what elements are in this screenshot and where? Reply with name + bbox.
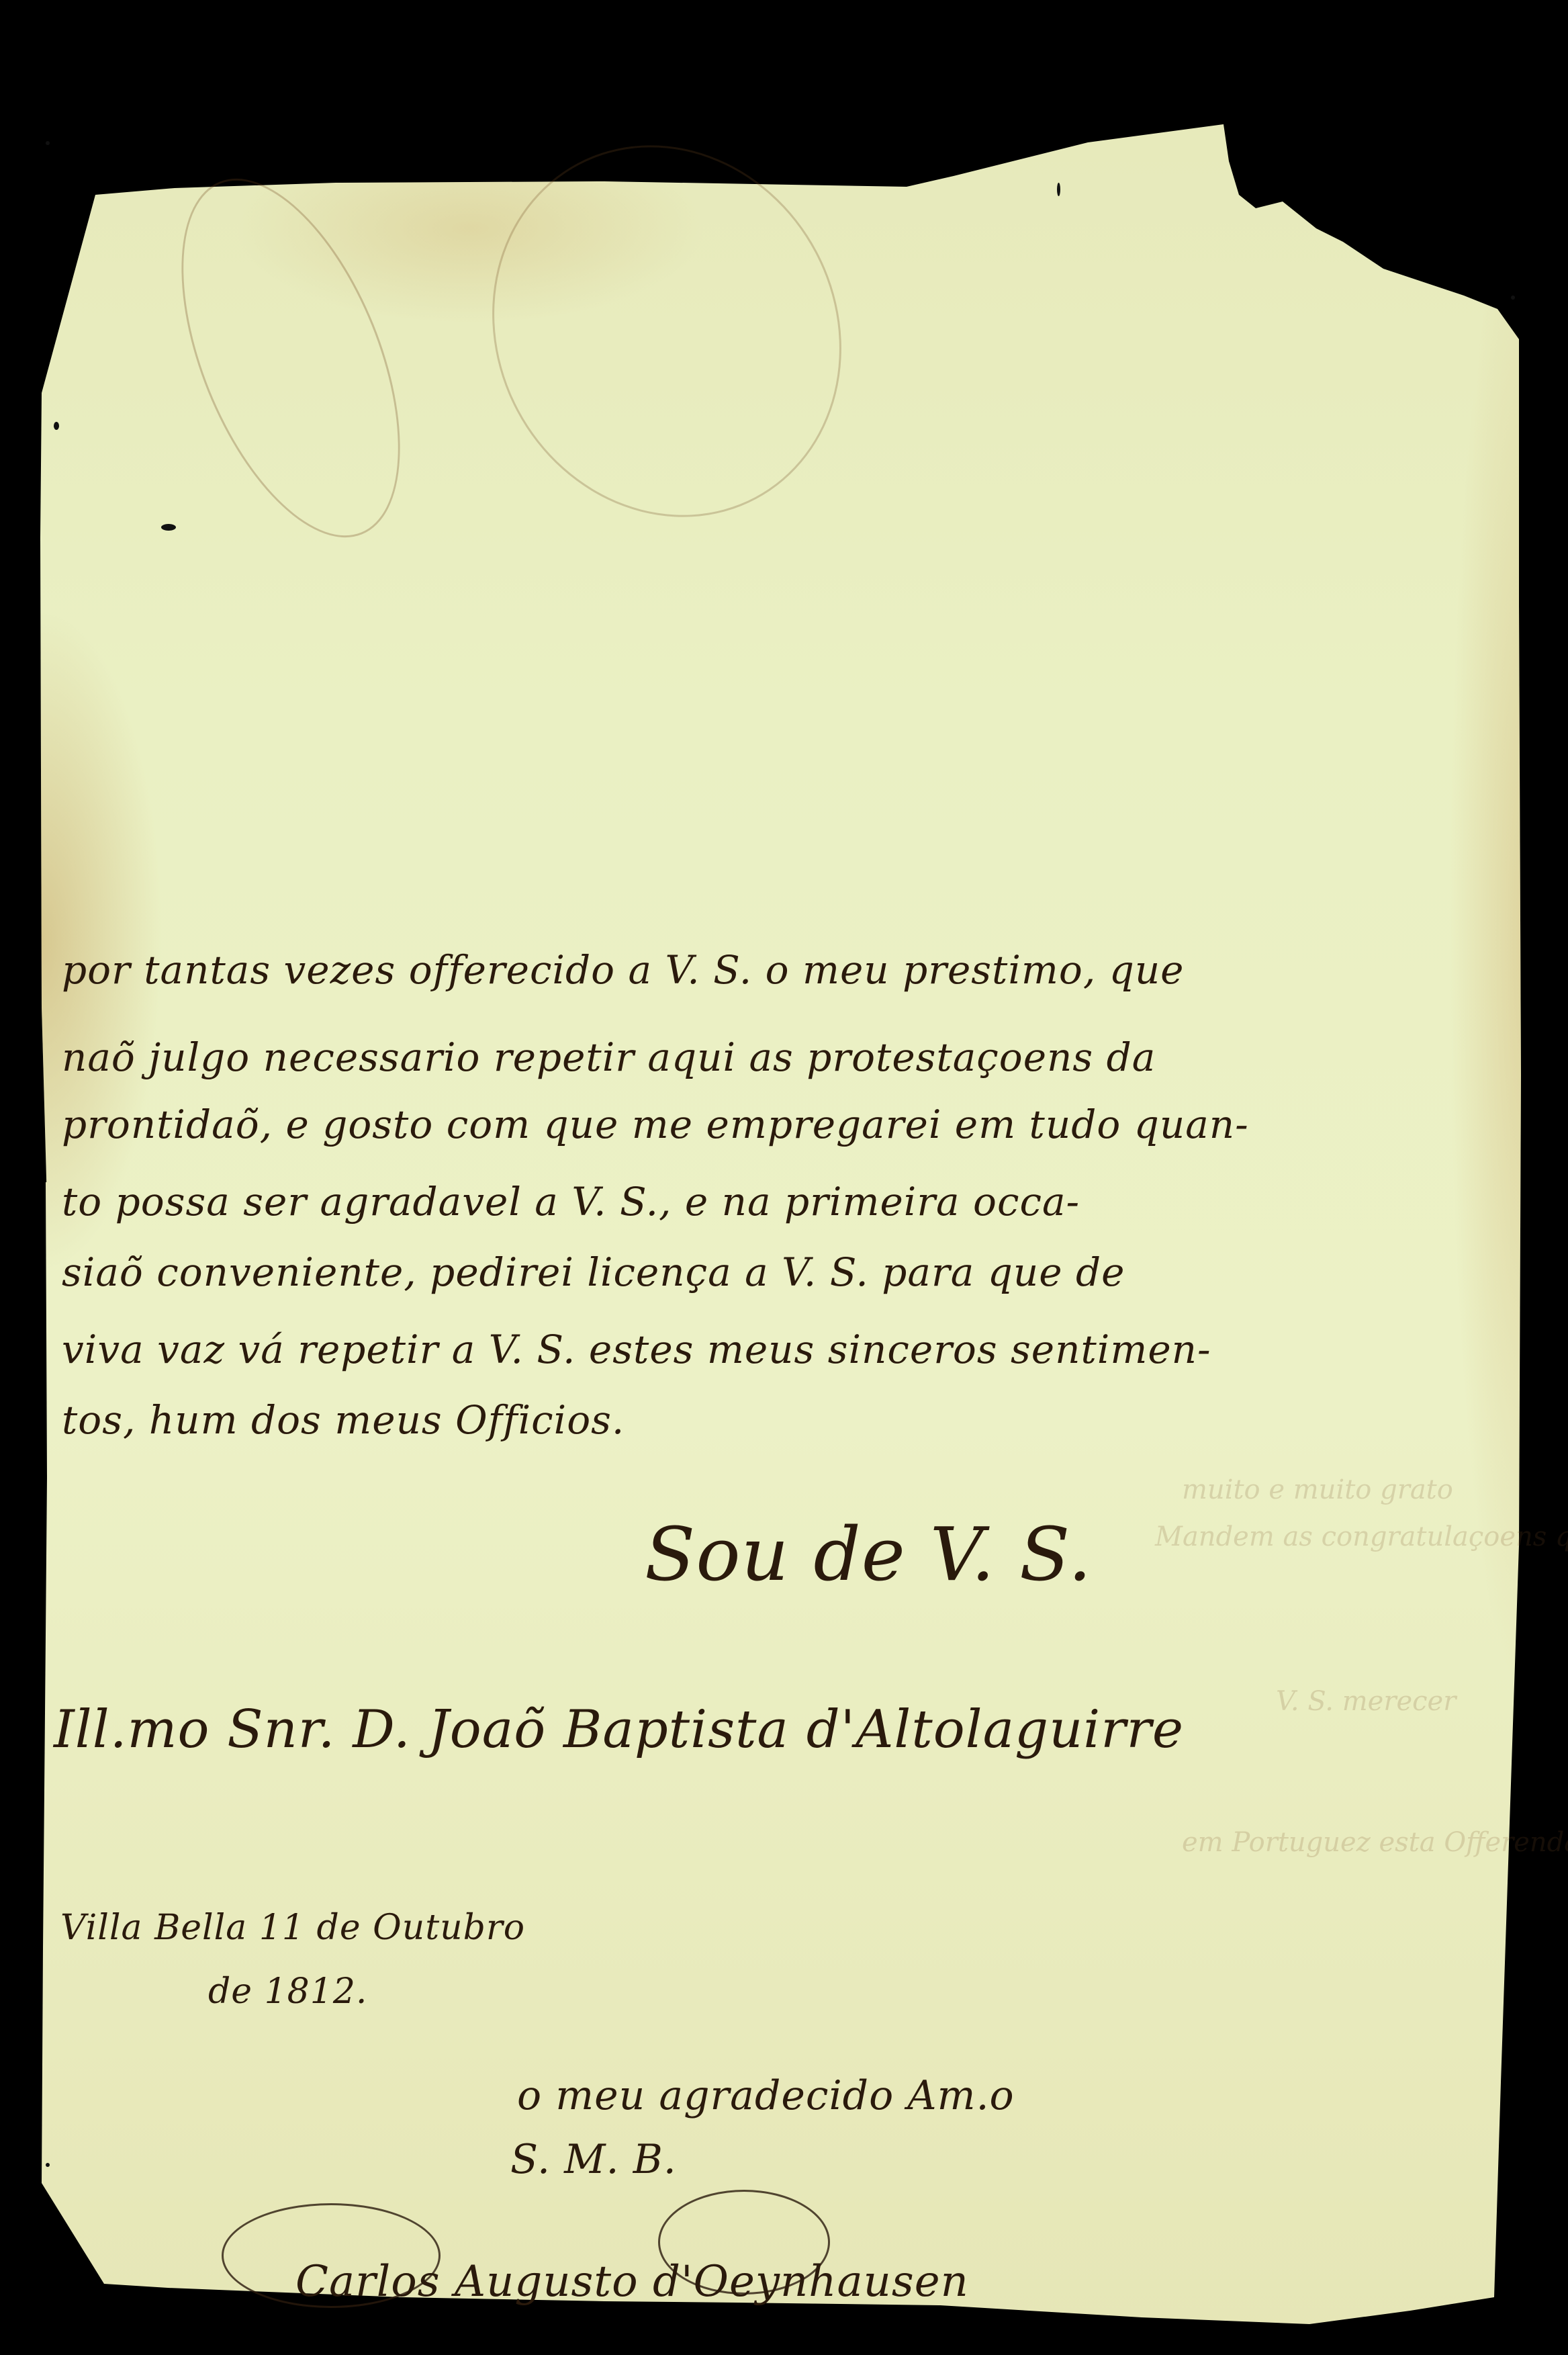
letter-body-line: siaõ conveniente, pedirei licença a V. S… [62,1249,1125,1295]
letter-body-line: viva vaz vá repetir a V. S. estes meus s… [62,1327,1211,1372]
bleed-through-line: muito e muito grato [1182,1474,1453,1505]
signature-initials: S. M. B. [510,2136,677,2183]
addressee: Ill.mo Snr. D. Joaõ Baptista d'Altolagui… [54,1699,1184,1760]
letter-body-line: to possa ser agradavel a V. S., e na pri… [62,1179,1080,1225]
ink-speck [161,524,176,531]
place-date-line2: de 1812. [208,1971,367,2012]
bleed-through-line: em Portuguez esta Offerenda [1182,1827,1568,1858]
place-date-line1: Villa Bella 11 de Outubro [60,1908,525,1948]
ink-speck [1057,183,1060,196]
bleed-through-line: Mandem as congratulaçoens que [1155,1521,1568,1552]
bleed-through-line: V. S. merecer [1276,1686,1456,1717]
signature-salutation: o meu agradecido Am.o [517,2072,1015,2119]
ink-speck [46,2163,50,2167]
ink-speck [46,141,50,145]
letter-body-line: prontidaõ, e gosto com que me empregarei… [62,1102,1249,1147]
letter-closing: Sou de V. S. [645,1511,1092,1597]
letter-body-line: naõ julgo necessario repetir aqui as pro… [62,1034,1156,1080]
letter-body-line: tos, hum dos meus Officios. [62,1397,625,1443]
signature-flourish [222,2203,441,2308]
ink-speck [54,422,59,430]
ink-speck [1511,296,1515,300]
letter-body-line: por tantas vezes offerecido a V. S. o me… [62,947,1185,993]
signature-flourish [658,2190,830,2295]
